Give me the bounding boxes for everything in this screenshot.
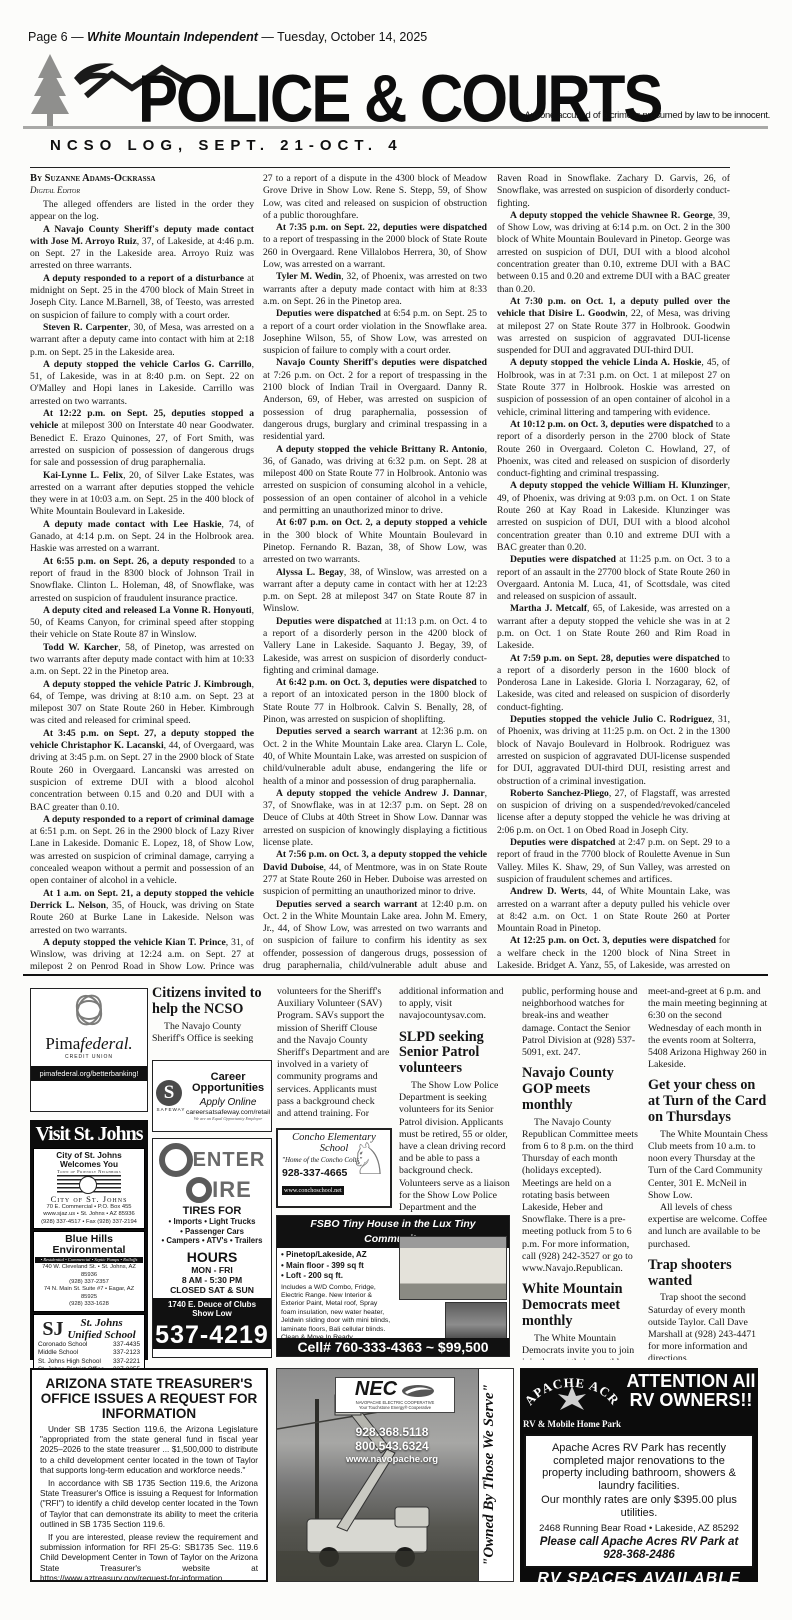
- horse-icon: ♘: [349, 1138, 388, 1182]
- nec-url: www.navopache.org: [317, 1453, 467, 1466]
- fsbo-tiny-house-ad: FSBO Tiny House in the Lux Tiny Communit…: [276, 1215, 510, 1357]
- community-heading: Navajo County GOP meets monthly: [522, 1066, 640, 1113]
- community-column-1: Citizens invited to help the NCSOThe Nav…: [152, 986, 270, 1056]
- concho-school-ad: Concho Elementary School "Home of the Co…: [276, 1128, 392, 1208]
- fsbo-body: Includes a W/D Combo, Fridge, Electric R…: [281, 1284, 391, 1343]
- pima-subtitle: CREDIT UNION: [31, 1054, 147, 1060]
- pima-federal-ad: Pimafederal. CREDIT UNION pimafederal.or…: [30, 988, 148, 1112]
- nec-phone-1: 928.368.5118: [317, 1425, 467, 1439]
- interior-photo: [445, 1302, 507, 1340]
- log-entry: At 7:35 p.m. on Sept. 22, deputies were …: [263, 222, 487, 271]
- log-entry: At 3:45 p.m. on Sept. 27, a deputy stopp…: [30, 728, 254, 814]
- bluehills-lines: 740 W. Cleveland St. • St. Johns, AZ 859…: [35, 1264, 143, 1308]
- address-line: (928) 333-1628: [35, 1301, 143, 1308]
- tire-address: 1740 E. Deuce of ClubsShow Low: [153, 1298, 271, 1321]
- tire-ring-icon: [159, 1143, 193, 1177]
- log-entry: Alyssa L. Begay, 38, of Winslow, was arr…: [263, 567, 487, 616]
- log-entry: At 7:56 p.m. on Oct. 3, a deputy stopped…: [263, 849, 487, 898]
- masthead-rule: [23, 126, 768, 129]
- apache-acres-logo: APACHE ACRES RV & Mobile Home Park: [520, 1368, 624, 1434]
- nec-swoosh-icon: [401, 1384, 435, 1398]
- ncso-column-1: By Suzanne Adams-Ockrassa Digital Editor…: [30, 173, 254, 973]
- treasurer-paragraph: Under SB 1735 Section 119.6, the Arizona…: [40, 1425, 258, 1476]
- log-entry: 27 to a report of a dispute in the 4300 …: [263, 173, 487, 222]
- school-monogram-icon: SJ: [42, 1319, 63, 1339]
- apache-headline: ATTENTION All RV OWNERS!!: [624, 1368, 758, 1434]
- ncso-column-2: 27 to a report of a dispute in the 4300 …: [263, 173, 487, 973]
- apache-call-line: Please call Apache Acres RV Park at 928-…: [532, 1536, 746, 1562]
- nec-touchstone: Your Touchstone Energy® Cooperative: [336, 1405, 454, 1410]
- log-entry: A deputy stopped the vehicle Shawnee R. …: [497, 210, 730, 296]
- address-line: (928) 337-4517 • Fax (928) 337-2194: [35, 1219, 143, 1226]
- log-entry: At 10:12 p.m. on Oct. 3, deputies were d…: [497, 419, 730, 480]
- apache-body: Apache Acres RV Park has recently comple…: [524, 1434, 754, 1568]
- apache-logo-subtitle: RV & Mobile Home Park: [520, 1419, 624, 1429]
- visit-st-johns-title: Visit St. Johns: [32, 1122, 146, 1146]
- safeway-eoe: We are an Equal Opportunity Employer: [186, 1116, 270, 1121]
- log-entry: A deputy stopped the vehicle Linda A. Ho…: [497, 357, 730, 418]
- log-entry: A deputy stopped the vehicle Brittany R.…: [263, 444, 487, 518]
- pima-logo-icon: [67, 993, 111, 1027]
- disclaimer-tagline: Anyone accused of a crime is presumed by…: [522, 110, 770, 121]
- tire-bullet-line: • Passenger Cars: [153, 1227, 271, 1237]
- sunrise-logo-icon: [57, 1175, 121, 1193]
- center-tire-logo: ENTER IRE: [153, 1143, 271, 1203]
- community-heading: Citizens invited to help the NCSO: [152, 986, 270, 1018]
- address-line: www.sjaz.us • St. Johns • AZ 85936: [35, 1211, 143, 1218]
- tire-bullets: • Imports • Light Trucks• Passenger Cars…: [153, 1217, 271, 1246]
- community-paragraph: The Navajo County Republican Committee m…: [522, 1117, 640, 1276]
- safeway-logo-icon: S: [156, 1080, 182, 1106]
- log-heading: NCSO LOG, SEPT. 21-OCT. 4: [50, 137, 320, 154]
- log-entry: At 7:59 p.m. on Sept. 28, deputies were …: [497, 653, 730, 714]
- log-entry: Deputies were dispatched at 11:13 p.m. o…: [263, 616, 487, 677]
- fsbo-bullets: • Pinetop/Lakeside, AZ• Main floor - 399…: [281, 1250, 391, 1282]
- city-ad-subtitle: Town of Friendly Neighbors: [35, 1169, 143, 1174]
- log-entry: Deputies were dispatched at 11:25 p.m. o…: [497, 554, 730, 603]
- fsbo-bullet-line: • Main floor - 399 sq ft: [281, 1261, 391, 1272]
- log-entry: Kai-Lynne L. Felix, 20, of Silver Lake E…: [30, 470, 254, 519]
- paper-name: White Mountain Independent: [87, 30, 258, 44]
- log-entry: A deputy stopped the vehicle Kian T. Pri…: [30, 937, 254, 973]
- blue-hills-ad: Blue HillsEnvironmental • Residential • …: [33, 1231, 145, 1311]
- treasurer-title: ARIZONA STATE TREASURER'S OFFICE ISSUES …: [40, 1376, 258, 1421]
- blue-hills-services-strip: • Residential • Commercial • Septic Pump…: [35, 1257, 143, 1263]
- log-entry: A deputy stopped the vehicle Andrew J. D…: [263, 788, 487, 849]
- log-entry: At 6:07 p.m. on Oct. 2, a deputy stopped…: [263, 517, 487, 566]
- nec-logo: NEC NAVOPACHE ELECTRIC COOPERATIVE Your …: [335, 1377, 455, 1413]
- log-entry: Martha J. Metcalf, 65, of Lakeside, was …: [497, 603, 730, 652]
- safeway-headline: CareerOpportunities: [186, 1072, 270, 1095]
- log-entry: A Navajo County Sheriff's deputy made co…: [30, 224, 254, 273]
- byline: By Suzanne Adams-Ockrassa: [30, 173, 254, 185]
- community-heading: White Mountain Democrats meet monthly: [522, 1282, 640, 1329]
- community-paragraph: volunteers for the Sheriff's Auxiliary V…: [277, 986, 391, 1120]
- city-ad-lines: 70 E. Commercial • P.O. Box 455www.sjaz.…: [35, 1204, 143, 1226]
- community-heading: Get your chess on at Turn of the Card on…: [648, 1078, 768, 1125]
- byline-title: Digital Editor: [30, 185, 254, 196]
- page-number: Page 6 —: [28, 30, 84, 44]
- log-entries: The alleged offenders are listed in the …: [30, 199, 254, 973]
- community-paragraph: The Navajo County Sheriff's Office is se…: [152, 1021, 270, 1045]
- apache-footer-bar: RV SPACES AVAILABLE: [520, 1568, 758, 1582]
- school-phone-row: St. Johns High School337-2221: [35, 1358, 143, 1367]
- address-line: (928) 337-2357: [35, 1279, 143, 1286]
- log-entry: Deputies served a search warrant at 12:4…: [263, 899, 487, 973]
- treasurer-paragraph: In accordance with SB 1735 Section 119.6…: [40, 1479, 258, 1530]
- safeway-brand: SAFEWAY: [156, 1107, 186, 1112]
- log-entry: At 12:25 p.m. on Oct. 3, deputies were d…: [497, 935, 730, 973]
- ncso-column-3: Raven Road in Snowflake. Zachary D. Garv…: [497, 173, 730, 973]
- log-entry: A deputy made contact with Lee Haskie, 7…: [30, 519, 254, 556]
- tires-for-label: TIRES FOR: [153, 1205, 271, 1217]
- house-photo: [399, 1236, 507, 1300]
- community-paragraph: meet-and-greet at 6 p.m. and the main me…: [648, 986, 768, 1071]
- community-paragraph: The Show Low Police Department is seekin…: [399, 1080, 511, 1212]
- treasurer-paras: Under SB 1735 Section 119.6, the Arizona…: [40, 1425, 258, 1582]
- nec-utility-ad: NEC NAVOPACHE ELECTRIC COOPERATIVE Your …: [276, 1368, 514, 1582]
- log-entry: A deputy stopped the vehicle Patric J. K…: [30, 679, 254, 728]
- apache-paragraph: Apache Acres RV Park has recently comple…: [532, 1442, 746, 1492]
- folio-line: Page 6 — White Mountain Independent — Tu…: [28, 30, 427, 44]
- community-paragraph: Trap shoot the second Saturday of every …: [648, 1292, 768, 1360]
- hours-label: HOURS: [153, 1249, 271, 1265]
- community-paragraph: The White Mountain Chess Club meets from…: [648, 1129, 768, 1202]
- concho-url-bar: www.conchoschool.net: [282, 1186, 344, 1195]
- log-entry: At 7:30 p.m. on Oct. 1, a deputy pulled …: [497, 296, 730, 357]
- pima-url-bar: pimafederal.org/betterbanking!: [31, 1066, 147, 1081]
- tire-hours-line: MON - FRI: [153, 1265, 271, 1275]
- community-column-5: meet-and-greet at 6 p.m. and the main me…: [648, 986, 768, 1360]
- tire-bullet-line: • Campers • ATV's • Trailers: [153, 1236, 271, 1246]
- log-entry: A deputy cited and released La Vonne R. …: [30, 605, 254, 642]
- log-entries: Raven Road in Snowflake. Zachary D. Garv…: [497, 173, 730, 973]
- log-entry: Deputies were dispatched at 6:54 p.m. on…: [263, 308, 487, 357]
- apache-acres-ad: APACHE ACRES RV & Mobile Home Park ATTEN…: [520, 1368, 758, 1582]
- log-entry: The alleged offenders are listed in the …: [30, 199, 254, 224]
- log-entry: Deputies were dispatched at 2:47 p.m. on…: [497, 837, 730, 886]
- center-tire-ad: ENTER IRE TIRES FOR • Imports • Light Tr…: [152, 1138, 272, 1358]
- issue-date: — Tuesday, October 14, 2025: [261, 30, 427, 44]
- school-phone-row: Coronado School337-4435: [35, 1341, 143, 1350]
- tire-hours: MON - FRI8 AM - 5:30 PMCLOSED SAT & SUN: [153, 1265, 271, 1295]
- log-entry: A deputy stopped the vehicle William H. …: [497, 480, 730, 554]
- address-line: 70 E. Commercial • P.O. Box 455: [35, 1204, 143, 1211]
- log-entry: Steven R. Carpenter, 30, of Mesa, was ar…: [30, 322, 254, 359]
- community-column-4: public, performing house and neighborhoo…: [522, 986, 640, 1360]
- nec-contact: 928.368.5118 800.543.6324 www.navopache.…: [317, 1425, 467, 1466]
- log-entry: Andrew D. Werts, 44, of White Mountain L…: [497, 886, 730, 935]
- log-entry: Navajo County Sheriff's deputies were di…: [263, 357, 487, 443]
- community-paragraph: additional information and to apply, vis…: [399, 986, 511, 1023]
- community-paragraph: The White Mountain Democrats invite you …: [522, 1333, 640, 1360]
- log-entry: At 12:22 p.m. on Sept. 25, deputies stop…: [30, 408, 254, 469]
- apache-arc-logo-icon: APACHE ACRES: [522, 1370, 622, 1414]
- safeway-url: careersatsafeway.com/retail: [186, 1109, 270, 1116]
- safeway-careers-ad: S SAFEWAY CareerOpportunities Apply Onli…: [152, 1060, 272, 1132]
- city-of-st-johns-ad: City of St. Johns Welcomes You Town of F…: [33, 1148, 145, 1229]
- log-entry: A deputy stopped the vehicle Carlos G. C…: [30, 359, 254, 408]
- treasurer-paragraph: If you are interested, please review the…: [40, 1533, 258, 1582]
- tire-ring-icon: [186, 1177, 212, 1203]
- section-divider-rule: [23, 974, 768, 976]
- log-entry: A deputy responded to a report of a dist…: [30, 273, 254, 322]
- apache-paragraph: Our monthly rates are only $395.00 plus …: [532, 1494, 746, 1519]
- newspaper-page: Page 6 — White Mountain Independent — Tu…: [0, 0, 792, 1620]
- address-line: 74 N. Main St. Suite #7 • Eagar, AZ 8592…: [35, 1286, 143, 1301]
- fsbo-bullet-line: • Loft - 200 sq ft.: [281, 1271, 391, 1282]
- treasurer-rfi-ad: ARIZONA STATE TREASURER'S OFFICE ISSUES …: [30, 1368, 268, 1582]
- tire-bullet-line: • Imports • Light Trucks: [153, 1217, 271, 1227]
- fsbo-bullet-line: • Pinetop/Lakeside, AZ: [281, 1250, 391, 1261]
- community-column-3: additional information and to apply, vis…: [399, 986, 511, 1212]
- school-title: St. JohnsUnified School: [67, 1317, 135, 1341]
- city-ad-title: City of St. Johns Welcomes You: [35, 1151, 143, 1169]
- log-entry: Todd W. Karcher, 58, of Pinetop, was arr…: [30, 642, 254, 679]
- tire-phone: 537-4219: [153, 1321, 271, 1349]
- address-line: 740 W. Cleveland St. • St. Johns, AZ 859…: [35, 1264, 143, 1279]
- log-entry: Roberto Sanchez-Pliego, 27, of Flagstaff…: [497, 788, 730, 837]
- safeway-apply: Apply Online: [186, 1097, 270, 1108]
- log-entry: At 6:42 p.m. on Oct. 3, deputies were di…: [263, 677, 487, 726]
- community-heading: SLPD seeking Senior Patrol volunteers: [399, 1030, 511, 1077]
- school-phone-row: Middle School337-2123: [35, 1349, 143, 1358]
- blue-hills-title: Blue HillsEnvironmental: [35, 1234, 143, 1256]
- log-entry: At 1 a.m. on Sept. 21, a deputy stopped …: [30, 888, 254, 937]
- tire-hours-line: 8 AM - 5:30 PM: [153, 1275, 271, 1285]
- fsbo-price-bar: Cell# 760-333-4363 ~ $99,500: [277, 1338, 509, 1356]
- pima-wordmark: Pimafederal.: [31, 1034, 147, 1054]
- log-entries: 27 to a report of a dispute in the 4300 …: [263, 173, 487, 973]
- community-column-2: volunteers for the Sheriff's Auxiliary V…: [277, 986, 391, 1126]
- nec-slogan: "Owned By Those We Serve": [481, 1373, 511, 1577]
- log-entry: Raven Road in Snowflake. Zachary D. Garv…: [497, 173, 730, 210]
- log-entry: Tyler M. Wedin, 32, of Phoenix, was arre…: [263, 271, 487, 308]
- tire-hours-line: CLOSED SAT & SUN: [153, 1285, 271, 1295]
- visit-st-johns-ad-group: Visit St. Johns City of St. Johns Welcom…: [30, 1120, 148, 1360]
- apache-address: 2468 Running Bear Road • Lakeside, AZ 85…: [532, 1523, 746, 1534]
- log-entry: At 6:55 p.m. on Sept. 26, a deputy respo…: [30, 556, 254, 605]
- community-heading: Trap shooters wanted: [648, 1258, 768, 1290]
- log-entry: Deputies stopped the vehicle Julio C. Ro…: [497, 714, 730, 788]
- log-entry: A deputy responded to a report of crimin…: [30, 814, 254, 888]
- community-paragraph: public, performing house and neighborhoo…: [522, 986, 640, 1059]
- community-paragraph: All levels of chess expertise are welcom…: [648, 1202, 768, 1251]
- log-entry: Deputies served a search warrant at 12:3…: [263, 726, 487, 787]
- column-top-rule: [30, 167, 730, 168]
- nec-phone-2: 800.543.6324: [317, 1439, 467, 1453]
- city-name: City of St. Johns: [35, 1194, 143, 1204]
